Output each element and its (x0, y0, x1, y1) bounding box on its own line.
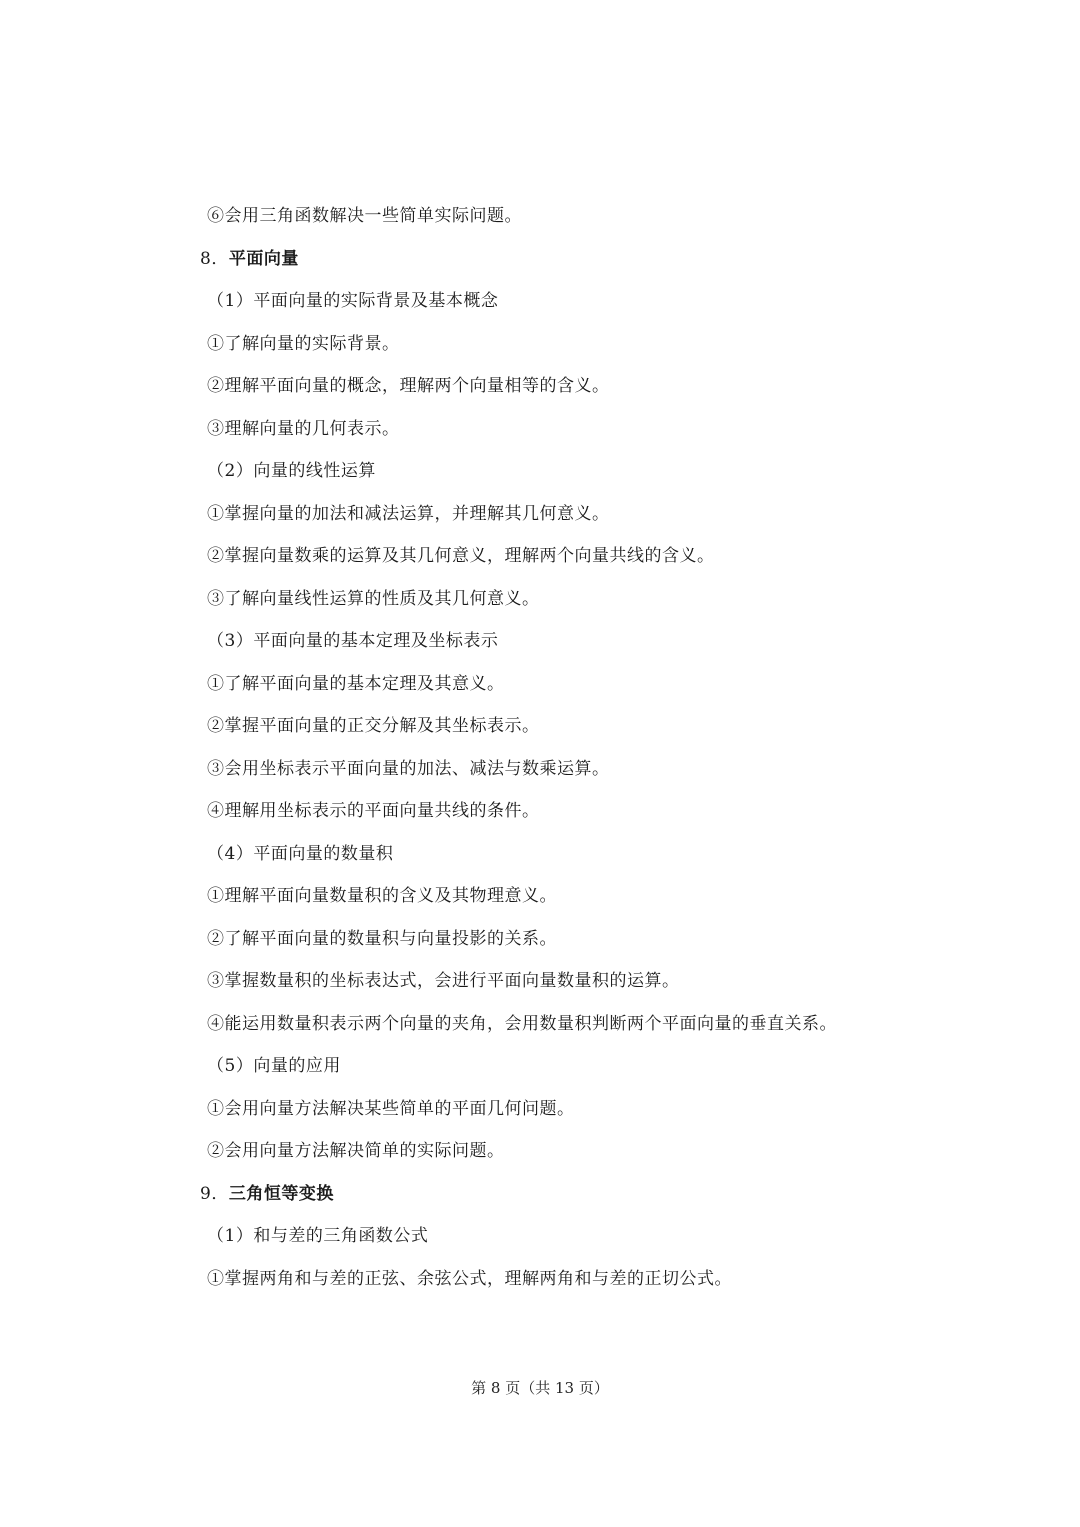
list-item: ③了解向量线性运算的性质及其几何意义。 (207, 587, 540, 611)
list-item: ①了解向量的实际背景。 (207, 332, 400, 356)
list-item: ③会用坐标表示平面向量的加法、减法与数乘运算。 (207, 757, 610, 781)
list-item: ④理解用坐标表示的平面向量共线的条件。 (207, 799, 540, 823)
list-item: ③掌握数量积的坐标表达式，会进行平面向量数量积的运算。 (207, 969, 680, 993)
subsection-heading: （5）向量的应用 (207, 1054, 341, 1078)
list-item: ①了解平面向量的基本定理及其意义。 (207, 672, 505, 696)
section-heading: 9．三角恒等变换 (200, 1182, 334, 1206)
section-heading: 8．平面向量 (200, 247, 299, 271)
document-page: ⑥会用三角函数解决一些简单实际问题。8．平面向量（1）平面向量的实际背景及基本概… (0, 0, 1080, 1527)
list-item: ②了解平面向量的数量积与向量投影的关系。 (207, 927, 557, 951)
page-number: 第 8 页（共 13 页） (0, 1378, 1080, 1398)
section-number: 8． (200, 249, 229, 269)
list-item: ⑥会用三角函数解决一些简单实际问题。 (207, 204, 522, 228)
list-item: ②会用向量方法解决简单的实际问题。 (207, 1139, 505, 1163)
section-title: 三角恒等变换 (229, 1184, 334, 1204)
subsection-heading: （3）平面向量的基本定理及坐标表示 (207, 629, 498, 653)
subsection-heading: （2）向量的线性运算 (207, 459, 376, 483)
list-item: ①理解平面向量数量积的含义及其物理意义。 (207, 884, 557, 908)
subsection-heading: （1）平面向量的实际背景及基本概念 (207, 289, 498, 313)
list-item: ①掌握两角和与差的正弦、余弦公式，理解两角和与差的正切公式。 (207, 1267, 732, 1291)
list-item: ②掌握向量数乘的运算及其几何意义，理解两个向量共线的含义。 (207, 544, 715, 568)
section-number: 9． (200, 1184, 229, 1204)
list-item: ①掌握向量的加法和减法运算，并理解其几何意义。 (207, 502, 610, 526)
list-item: ④能运用数量积表示两个向量的夹角，会用数量积判断两个平面向量的垂直关系。 (207, 1012, 837, 1036)
list-item: ①会用向量方法解决某些简单的平面几何问题。 (207, 1097, 575, 1121)
list-item: ③理解向量的几何表示。 (207, 417, 400, 441)
subsection-heading: （1）和与差的三角函数公式 (207, 1224, 428, 1248)
section-title: 平面向量 (229, 249, 299, 269)
list-item: ②理解平面向量的概念，理解两个向量相等的含义。 (207, 374, 610, 398)
subsection-heading: （4）平面向量的数量积 (207, 842, 393, 866)
list-item: ②掌握平面向量的正交分解及其坐标表示。 (207, 714, 540, 738)
